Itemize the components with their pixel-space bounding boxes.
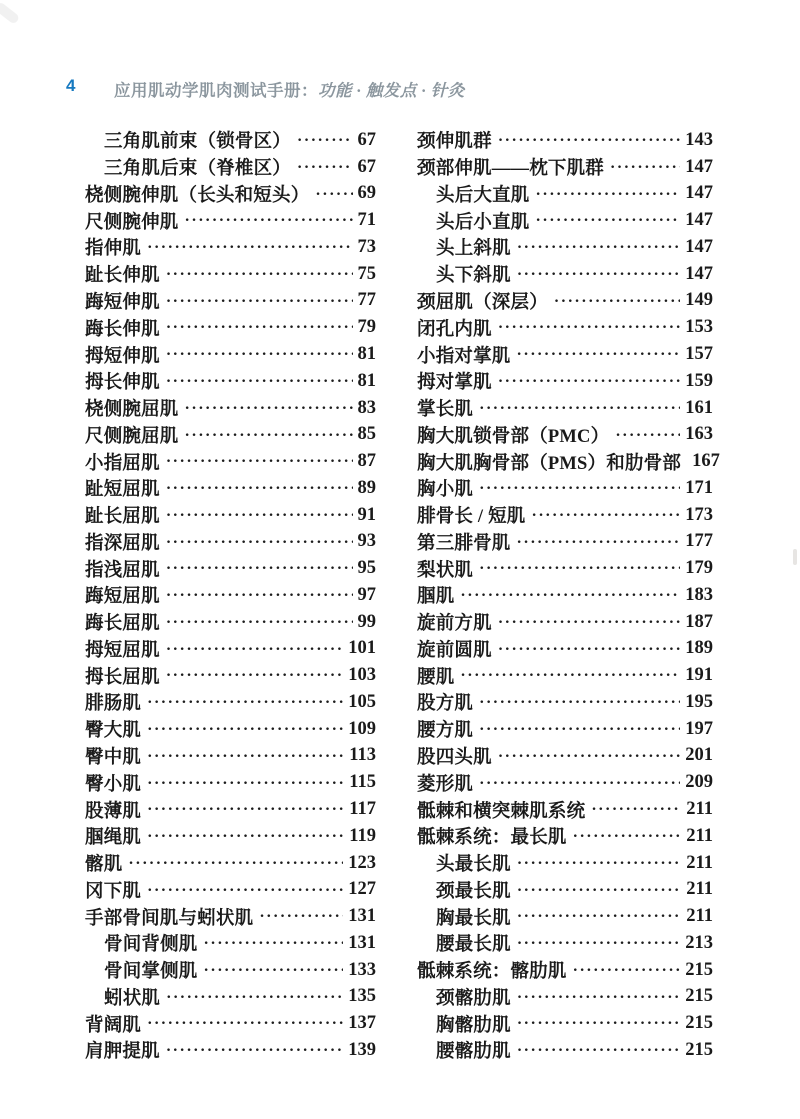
- toc-entry-label: 旋前方肌: [417, 609, 492, 635]
- running-head-title: 应用肌动学肌肉测试手册：功能 · 触发点 · 针灸: [114, 77, 465, 101]
- dot-leader: [297, 131, 352, 150]
- dot-leader: [610, 158, 680, 177]
- dot-leader: [479, 774, 680, 793]
- toc-entry-label: 腘肌: [417, 582, 454, 608]
- dot-leader: [517, 854, 681, 873]
- toc-entry-page: 167: [692, 451, 720, 472]
- dot-leader: [517, 881, 681, 900]
- toc-entry-label: 小指对掌肌: [417, 342, 511, 368]
- toc-entry-page: 79: [358, 317, 377, 338]
- running-head-title-main: 应用肌动学肌肉测试手册：: [114, 82, 318, 100]
- toc-entry: 指浅屈肌 95: [85, 555, 376, 582]
- toc-entry: 趾短屈肌 89: [85, 475, 376, 502]
- toc-entry: 颈屈肌（深层） 149: [417, 288, 713, 315]
- dot-leader: [128, 854, 343, 873]
- toc-entry-label: 三角肌前束（锁骨区）: [85, 127, 291, 153]
- dot-leader: [498, 318, 680, 337]
- dot-leader: [185, 211, 353, 230]
- toc-entry: 三角肌前束（锁骨区） 67: [85, 127, 376, 154]
- toc-entry: 手部骨间肌与蚓状肌 131: [85, 903, 376, 930]
- toc-entry: 指深屈肌 93: [85, 528, 376, 555]
- toc-entry: 颈部伸肌——枕下肌群 147: [417, 154, 713, 181]
- dot-leader: [185, 399, 353, 418]
- dot-leader: [147, 827, 344, 846]
- dot-leader: [166, 533, 353, 552]
- toc-entry-page: 105: [348, 692, 376, 713]
- toc-entry-page: 123: [348, 853, 376, 874]
- dot-leader: [166, 345, 353, 364]
- toc-entry-page: 69: [358, 183, 377, 204]
- toc-entry-page: 201: [685, 745, 713, 766]
- toc-entry: 头最长肌 211: [417, 850, 713, 877]
- dot-leader: [517, 934, 680, 953]
- toc-entry-page: 211: [686, 853, 713, 874]
- dot-leader: [147, 774, 344, 793]
- toc-entry-page: 137: [348, 1013, 376, 1034]
- dot-leader: [166, 506, 353, 525]
- toc-entry-page: 81: [358, 344, 377, 365]
- toc-entry: 股四头肌 201: [417, 743, 713, 770]
- running-head-title-sub: 功能 · 触发点 · 针灸: [318, 81, 465, 100]
- toc-entry-label: 尺侧腕伸肌: [85, 208, 179, 234]
- toc-entry: 踇长伸肌 79: [85, 314, 376, 341]
- toc-entry: 尺侧腕伸肌 71: [85, 207, 376, 234]
- toc-entry: 趾长屈肌 91: [85, 502, 376, 529]
- toc-entry: 梨状肌 179: [417, 555, 713, 582]
- toc-entry: 桡侧腕伸肌（长头和短头） 69: [85, 181, 376, 208]
- toc-entry-page: 153: [685, 317, 713, 338]
- toc-entry-page: 113: [349, 745, 376, 766]
- toc-entry: 旋前圆肌 189: [417, 636, 713, 663]
- toc-entry: 拇长伸肌 81: [85, 368, 376, 395]
- toc-entry: 指伸肌 73: [85, 234, 376, 261]
- toc-entry-label: 指伸肌: [85, 234, 141, 260]
- toc-entry: 颈最长肌 211: [417, 876, 713, 903]
- dot-leader: [479, 720, 680, 739]
- toc-entry: 拇长屈肌 103: [85, 662, 376, 689]
- toc-entry-page: 157: [685, 344, 713, 365]
- toc-entry-label: 趾长屈肌: [85, 502, 160, 528]
- toc-entry-page: 87: [358, 451, 377, 472]
- toc-entry: 肩胛提肌 139: [85, 1037, 376, 1064]
- toc-entry: 腰方肌 197: [417, 716, 713, 743]
- dot-leader: [166, 318, 353, 337]
- toc-entry-page: 143: [685, 130, 713, 151]
- toc-entry: 拇短伸肌 81: [85, 341, 376, 368]
- toc-entry-label: 肩胛提肌: [85, 1037, 160, 1063]
- toc-entry-label: 头最长肌: [417, 850, 511, 876]
- toc-entry: 旋前方肌 187: [417, 609, 713, 636]
- toc-entry-label: 闭孔内肌: [417, 315, 492, 341]
- dot-leader: [166, 586, 353, 605]
- toc-entry-page: 197: [685, 719, 713, 740]
- dot-leader: [573, 827, 682, 846]
- toc-entry-page: 215: [685, 1013, 713, 1034]
- page-number: 4: [66, 76, 75, 96]
- dot-leader: [166, 1041, 343, 1060]
- dot-leader: [479, 559, 680, 578]
- toc-entry-page: 83: [358, 398, 377, 419]
- dot-leader: [517, 907, 681, 926]
- toc-entry-page: 195: [685, 692, 713, 713]
- dot-leader: [147, 800, 344, 819]
- dot-leader: [166, 613, 353, 632]
- toc-entry: 第三腓骨肌 177: [417, 528, 713, 555]
- toc-entry-page: 171: [685, 478, 713, 499]
- toc-entry-label: 第三腓骨肌: [417, 529, 511, 555]
- toc-entry-label: 胸髂肋肌: [417, 1011, 511, 1037]
- toc-entry: 小指对掌肌 157: [417, 341, 713, 368]
- toc-entry-label: 踇短屈肌: [85, 582, 160, 608]
- dot-leader: [297, 158, 352, 177]
- dot-leader: [517, 345, 681, 364]
- toc-entry-label: 头后大直肌: [417, 181, 530, 207]
- toc-entry-page: 97: [358, 585, 377, 606]
- toc-entry-label: 指深屈肌: [85, 529, 160, 555]
- toc-entry-page: 91: [358, 505, 377, 526]
- toc-entry-label: 腰最长肌: [417, 930, 511, 956]
- dot-leader: [204, 961, 344, 980]
- toc-entry-page: 215: [685, 960, 713, 981]
- toc-entry-page: 71: [358, 210, 377, 231]
- toc-entry-page: 159: [685, 371, 713, 392]
- dot-leader: [166, 265, 353, 284]
- dot-leader: [259, 907, 343, 926]
- dot-leader: [517, 265, 680, 284]
- toc-entry-label: 菱形肌: [417, 770, 473, 796]
- dot-leader: [147, 1014, 343, 1033]
- toc-entry-label: 胸大肌胸骨部（PMS）和肋骨部: [417, 449, 681, 475]
- toc-entry-page: 177: [685, 531, 713, 552]
- toc-entry-label: 拇长伸肌: [85, 368, 160, 394]
- toc-entry: 掌长肌 161: [417, 395, 713, 422]
- toc-entry-page: 119: [349, 826, 376, 847]
- toc-entry-page: 183: [685, 585, 713, 606]
- dot-leader: [166, 640, 343, 659]
- toc-entry: 腘绳肌 119: [85, 823, 376, 850]
- toc-entry-label: 骶棘系统：髂肋肌: [417, 957, 567, 983]
- toc-entry-label: 骨间掌侧肌: [85, 957, 198, 983]
- toc-entry-page: 147: [685, 210, 713, 231]
- toc-entry-page: 67: [358, 157, 377, 178]
- toc-entry-label: 髂肌: [85, 850, 122, 876]
- toc-entry: 胸小肌 171: [417, 475, 713, 502]
- dot-leader: [147, 238, 352, 257]
- toc-entry-label: 胸小肌: [417, 475, 473, 501]
- toc-column-left: 三角肌前束（锁骨区） 67 三角肌后束（脊椎区） 67 桡侧腕伸肌（长头和短头）…: [85, 127, 376, 1064]
- toc-entry-page: 95: [358, 558, 377, 579]
- toc-entry: 胸髂肋肌 215: [417, 1010, 713, 1037]
- toc-entry-page: 133: [348, 960, 376, 981]
- dot-leader: [315, 185, 352, 204]
- toc-entry-label: 冈下肌: [85, 877, 141, 903]
- dot-leader: [166, 666, 343, 685]
- dot-leader: [536, 211, 681, 230]
- toc-entry: 头后大直肌 147: [417, 181, 713, 208]
- dot-leader: [498, 747, 680, 766]
- dot-leader: [517, 238, 680, 257]
- toc-entry: 头后小直肌 147: [417, 207, 713, 234]
- toc-entry-page: 93: [358, 531, 377, 552]
- dot-leader: [166, 372, 353, 391]
- toc-entry-page: 131: [348, 933, 376, 954]
- page-header: 4 应用肌动学肌肉测试手册：功能 · 触发点 · 针灸: [0, 76, 800, 98]
- toc-entry-page: 147: [685, 183, 713, 204]
- toc-entry-page: 161: [685, 398, 713, 419]
- toc-entry-page: 163: [685, 424, 713, 445]
- toc-entry-page: 117: [349, 799, 376, 820]
- toc-entry: 骨间掌侧肌 133: [85, 957, 376, 984]
- dot-leader: [536, 185, 681, 204]
- dot-leader: [147, 881, 343, 900]
- toc-entry: 颈髂肋肌 215: [417, 984, 713, 1011]
- toc-entry-page: 187: [685, 612, 713, 633]
- toc-entry-page: 149: [685, 290, 713, 311]
- dot-leader: [517, 1014, 680, 1033]
- toc-entry-label: 拇短屈肌: [85, 636, 160, 662]
- dot-leader: [479, 479, 680, 498]
- toc-entry-page: 85: [358, 424, 377, 445]
- dot-leader: [166, 292, 353, 311]
- dot-leader: [498, 613, 680, 632]
- scan-smudge-topleft: [0, 1, 20, 25]
- toc-entry-page: 209: [685, 772, 713, 793]
- scan-smudge-right-edge: [793, 549, 797, 565]
- toc-entry: 拇短屈肌 101: [85, 636, 376, 663]
- toc-entry: 冈下肌 127: [85, 876, 376, 903]
- toc-entry: 拇对掌肌 159: [417, 368, 713, 395]
- toc-entry-page: 179: [685, 558, 713, 579]
- toc-entry-label: 股四头肌: [417, 743, 492, 769]
- toc-entry-label: 掌长肌: [417, 395, 473, 421]
- dot-leader: [147, 693, 343, 712]
- toc-entry-label: 踇短伸肌: [85, 288, 160, 314]
- toc-entry-label: 指浅屈肌: [85, 556, 160, 582]
- toc-entry-page: 215: [685, 986, 713, 1007]
- toc-entry-label: 蚓状肌: [85, 984, 160, 1010]
- toc-entry: 腰髂肋肌 215: [417, 1037, 713, 1064]
- toc-entry: 腰最长肌 213: [417, 930, 713, 957]
- toc-entry: 臀大肌 109: [85, 716, 376, 743]
- toc-entry: 桡侧腕屈肌 83: [85, 395, 376, 422]
- toc-entry-label: 股方肌: [417, 689, 473, 715]
- toc-entry-label: 腰髂肋肌: [417, 1037, 511, 1063]
- toc-entry-label: 腘绳肌: [85, 823, 141, 849]
- dot-leader: [204, 934, 344, 953]
- toc-entry-label: 胸最长肌: [417, 904, 511, 930]
- toc-entry: 胸最长肌 211: [417, 903, 713, 930]
- toc-entry: 腘肌 183: [417, 582, 713, 609]
- dot-leader: [615, 426, 680, 445]
- toc-entry-page: 189: [685, 638, 713, 659]
- toc-entry: 腓骨长 / 短肌 173: [417, 502, 713, 529]
- toc-entry: 髂肌 123: [85, 850, 376, 877]
- toc-entry-label: 骶棘和横突棘肌系统: [417, 797, 585, 823]
- toc-entry: 小指屈肌 87: [85, 448, 376, 475]
- toc-entry-label: 背阔肌: [85, 1011, 141, 1037]
- toc-entry-label: 趾短屈肌: [85, 475, 160, 501]
- toc-entry: 头下斜肌 147: [417, 261, 713, 288]
- toc-entry: 骨间背侧肌 131: [85, 930, 376, 957]
- toc-entry: 尺侧腕屈肌 85: [85, 421, 376, 448]
- toc-entry-label: 尺侧腕屈肌: [85, 422, 179, 448]
- toc-entry-label: 臀大肌: [85, 716, 141, 742]
- toc-entry-page: 211: [686, 879, 713, 900]
- toc-entry-page: 147: [685, 157, 713, 178]
- dot-leader: [498, 640, 680, 659]
- toc-entry-page: 109: [348, 719, 376, 740]
- toc-entry-label: 胸大肌锁骨部（PMC）: [417, 422, 609, 448]
- toc-entry: 踇短伸肌 77: [85, 288, 376, 315]
- dot-leader: [147, 720, 343, 739]
- dot-leader: [532, 506, 681, 525]
- toc-entry-label: 颈部伸肌——枕下肌群: [417, 154, 604, 180]
- toc-entry-page: 211: [686, 826, 713, 847]
- toc-entry: 臀小肌 115: [85, 769, 376, 796]
- dot-leader: [498, 131, 680, 150]
- dot-leader: [517, 533, 681, 552]
- toc-entry: 股方肌 195: [417, 689, 713, 716]
- toc-entry-page: 131: [348, 906, 376, 927]
- toc-entry-label: 趾长伸肌: [85, 261, 160, 287]
- toc-entry: 踇长屈肌 99: [85, 609, 376, 636]
- toc-entry-page: 99: [358, 612, 377, 633]
- dot-leader: [147, 747, 344, 766]
- dot-leader: [498, 372, 680, 391]
- toc-entry-page: 75: [358, 264, 377, 285]
- dot-leader: [591, 800, 681, 819]
- toc-entry-label: 臀小肌: [85, 770, 141, 796]
- toc-entry-label: 骨间背侧肌: [85, 930, 198, 956]
- dot-leader: [460, 666, 680, 685]
- dot-leader: [554, 292, 680, 311]
- dot-leader: [166, 559, 353, 578]
- toc-entry: 头上斜肌 147: [417, 234, 713, 261]
- toc-entry-label: 腓肠肌: [85, 689, 141, 715]
- toc-entry-label: 臀中肌: [85, 743, 141, 769]
- toc-entry-page: 67: [358, 130, 377, 151]
- toc-entry: 颈伸肌群 143: [417, 127, 713, 154]
- toc-entry-page: 191: [685, 665, 713, 686]
- toc-entry-page: 215: [685, 1040, 713, 1061]
- toc-entry-page: 101: [348, 638, 376, 659]
- toc-entry-page: 81: [358, 371, 377, 392]
- dot-leader: [517, 1041, 680, 1060]
- toc-entry-page: 127: [348, 879, 376, 900]
- dot-leader: [166, 988, 343, 1007]
- toc-entry: 背阔肌 137: [85, 1010, 376, 1037]
- dot-leader: [517, 988, 680, 1007]
- toc-entry: 股薄肌 117: [85, 796, 376, 823]
- toc-entry-page: 173: [685, 505, 713, 526]
- toc-entry: 蚓状肌 135: [85, 984, 376, 1011]
- toc-entry-label: 桡侧腕伸肌（长头和短头）: [85, 181, 309, 207]
- toc-entry-page: 115: [349, 772, 376, 793]
- toc-entry: 闭孔内肌 153: [417, 314, 713, 341]
- dot-leader: [166, 452, 353, 471]
- toc-entry-label: 头后小直肌: [417, 208, 530, 234]
- toc-entry: 趾长伸肌 75: [85, 261, 376, 288]
- toc-entry-label: 拇长屈肌: [85, 663, 160, 689]
- dot-leader: [185, 426, 353, 445]
- toc-entry-label: 颈伸肌群: [417, 127, 492, 153]
- toc-entry-page: 211: [686, 799, 713, 820]
- toc-entry-label: 踇长伸肌: [85, 315, 160, 341]
- toc-entry-label: 手部骨间肌与蚓状肌: [85, 904, 253, 930]
- toc-column-right: 颈伸肌群 143 颈部伸肌——枕下肌群 147 头后大直肌 147 头后小直肌 …: [417, 127, 713, 1064]
- toc-entry: 胸大肌锁骨部（PMC） 163: [417, 421, 713, 448]
- toc-entry-page: 147: [685, 264, 713, 285]
- toc-entry-label: 头下斜肌: [417, 261, 511, 287]
- dot-leader: [573, 961, 681, 980]
- toc-entry-label: 旋前圆肌: [417, 636, 492, 662]
- toc-entry-page: 135: [348, 986, 376, 1007]
- toc-entry-page: 73: [358, 237, 377, 258]
- toc-entry-label: 桡侧腕屈肌: [85, 395, 179, 421]
- book-page: 4 应用肌动学肌肉测试手册：功能 · 触发点 · 针灸 三角肌前束（锁骨区） 6…: [0, 0, 800, 1119]
- toc-entry-label: 三角肌后束（脊椎区）: [85, 154, 291, 180]
- toc-entry-label: 踇长屈肌: [85, 609, 160, 635]
- dot-leader: [166, 479, 353, 498]
- dot-leader: [479, 693, 680, 712]
- toc-entry-page: 147: [685, 237, 713, 258]
- toc-entry: 骶棘系统：最长肌 211: [417, 823, 713, 850]
- toc-entry-page: 211: [686, 906, 713, 927]
- toc-entry: 骶棘和横突棘肌系统 211: [417, 796, 713, 823]
- toc-entry-label: 腓骨长 / 短肌: [417, 502, 526, 528]
- toc-entry: 腓肠肌 105: [85, 689, 376, 716]
- toc-entry-page: 89: [358, 478, 377, 499]
- toc-entry-page: 213: [685, 933, 713, 954]
- toc-entry: 胸大肌胸骨部（PMS）和肋骨部 167: [417, 448, 713, 475]
- toc-entry: 菱形肌 209: [417, 769, 713, 796]
- toc-entry-label: 拇短伸肌: [85, 342, 160, 368]
- toc-entry-label: 腰方肌: [417, 716, 473, 742]
- toc-entry: 踇短屈肌 97: [85, 582, 376, 609]
- toc-entry-label: 小指屈肌: [85, 449, 160, 475]
- toc-entry-page: 103: [348, 665, 376, 686]
- dot-leader: [460, 586, 680, 605]
- dot-leader: [479, 399, 680, 418]
- toc-entry-page: 139: [348, 1040, 376, 1061]
- toc-entry: 腰肌 191: [417, 662, 713, 689]
- toc-entry-label: 骶棘系统：最长肌: [417, 823, 567, 849]
- toc-entry-label: 股薄肌: [85, 797, 141, 823]
- toc-entry-label: 颈屈肌（深层）: [417, 288, 548, 314]
- toc-entry: 臀中肌 113: [85, 743, 376, 770]
- toc-entry-label: 腰肌: [417, 663, 454, 689]
- toc-entry-label: 梨状肌: [417, 556, 473, 582]
- toc-entry-label: 颈最长肌: [417, 877, 511, 903]
- toc-entry: 三角肌后束（脊椎区） 67: [85, 154, 376, 181]
- toc-entry-label: 头上斜肌: [417, 234, 511, 260]
- toc-entry-label: 拇对掌肌: [417, 368, 492, 394]
- toc-entry-label: 颈髂肋肌: [417, 984, 511, 1010]
- toc-entry: 骶棘系统：髂肋肌 215: [417, 957, 713, 984]
- toc-entry-page: 77: [358, 290, 377, 311]
